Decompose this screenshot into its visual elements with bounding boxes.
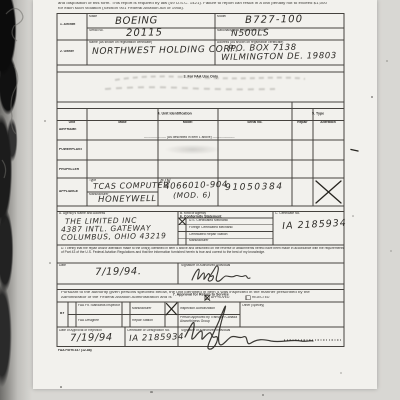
scan-speck bbox=[390, 250, 392, 252]
scan-speck bbox=[150, 391, 153, 393]
scanned-faa-form-337: INSTRUCTIONS: Print or type all entries.… bbox=[0, 0, 400, 400]
scan-speck bbox=[262, 394, 264, 396]
scan-speck bbox=[340, 372, 342, 374]
scan-speck bbox=[386, 60, 388, 62]
scan-speck bbox=[352, 215, 354, 217]
scan-speck bbox=[60, 386, 62, 388]
pencil-squiggles bbox=[0, 0, 400, 400]
scan-speck bbox=[49, 262, 51, 264]
scan-speck bbox=[44, 120, 46, 122]
scan-speck bbox=[371, 96, 373, 98]
